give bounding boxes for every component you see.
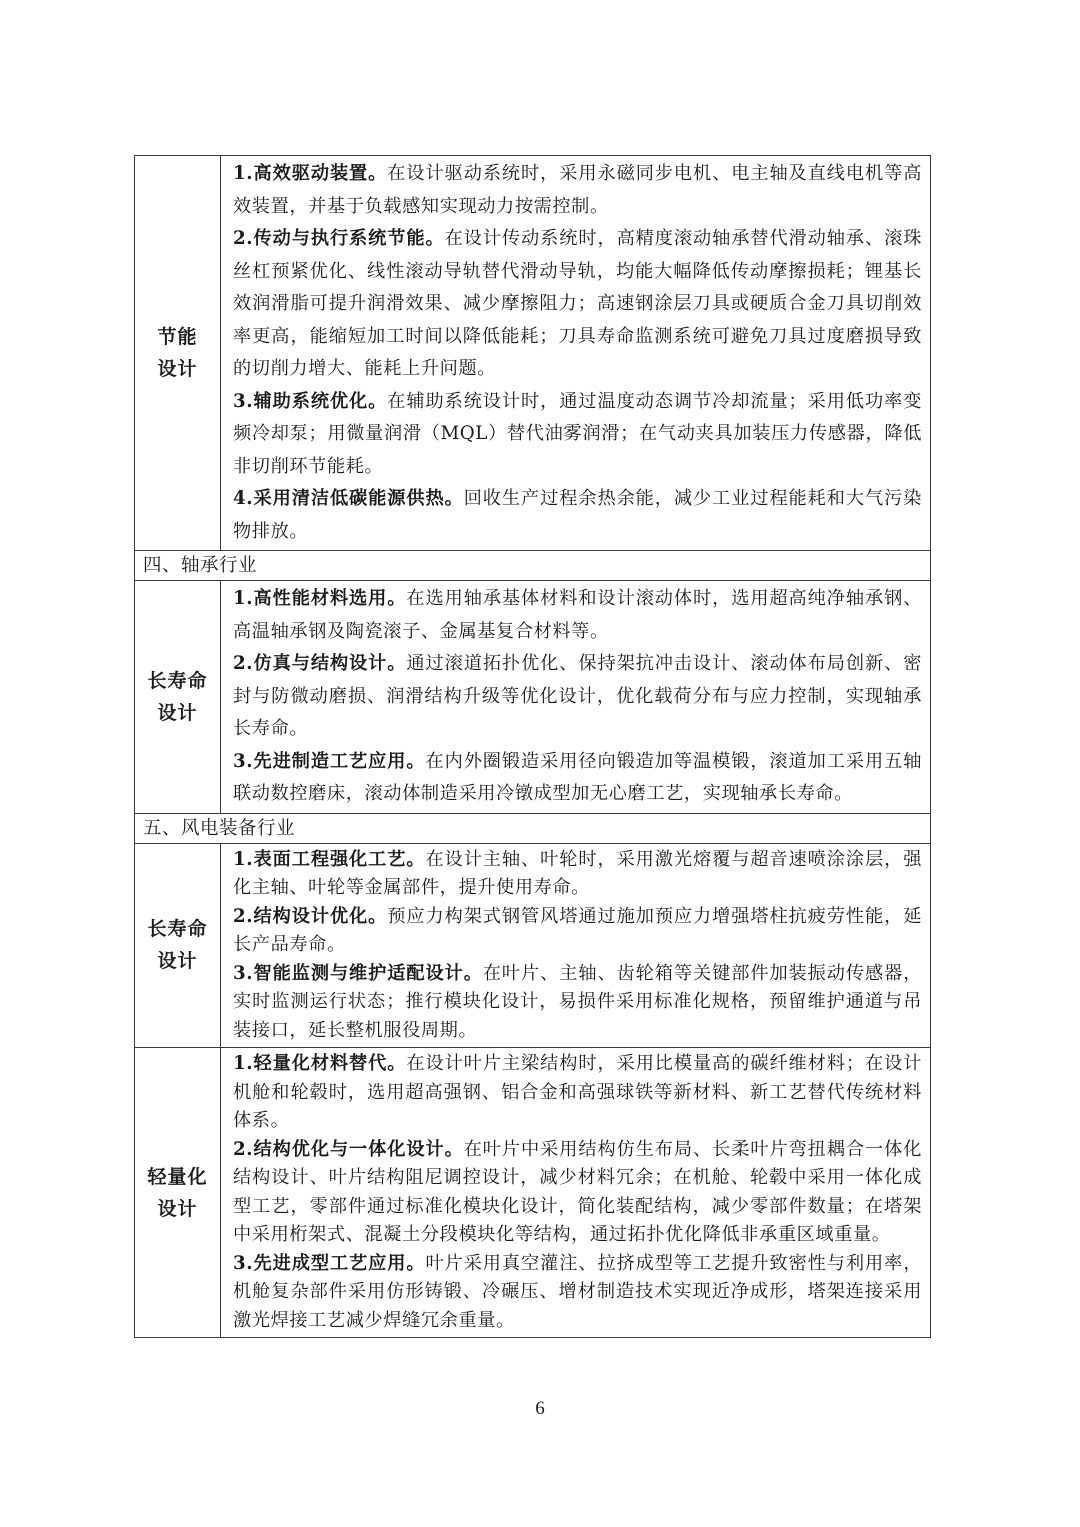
item-title: 3.辅助系统优化。 (233, 391, 387, 412)
item-title: 1.轻量化材料替代。 (233, 1053, 406, 1074)
section-header-row-bearing: 四、轴承行业 (135, 551, 931, 581)
page-number: 6 (0, 1398, 1080, 1420)
list-item: 2.结构优化与一体化设计。在叶片中采用结构仿生布局、长柔叶片弯扭耦合一体化结构设… (233, 1136, 922, 1250)
list-item: 3.智能监测与维护适配设计。在叶片、主轴、齿轮箱等关键部件加装振动传感器，实时监… (233, 960, 922, 1046)
row-label-line: 节能 (135, 321, 220, 353)
list-item: 4.采用清洁低碳能源供热。回收生产过程余热余能，减少工业过程能耗和大气污染物排放… (233, 483, 922, 548)
row-content: 1.高效驱动装置。在设计驱动系统时，采用永磁同步电机、电主轴及直线电机等高效装置… (221, 156, 931, 551)
item-text: 在设计传动系统时，高精度滚动轴承替代滑动轴承、滚珠丝杠预紧优化、线性滚动导轨替代… (233, 228, 922, 379)
item-title: 2.结构设计优化。 (233, 906, 387, 927)
row-label-line: 长寿命 (135, 913, 220, 945)
list-item: 2.传动与执行系统节能。在设计传动系统时，高精度滚动轴承替代滑动轴承、滚珠丝杠预… (233, 223, 922, 386)
list-item: 1.表面工程强化工艺。在设计主轴、叶轮时，采用激光熔覆与超音速喷涂涂层，强化主轴… (233, 846, 922, 903)
table-row-energy-saving-design: 节能 设计 1.高效驱动装置。在设计驱动系统时，采用永磁同步电机、电主轴及直线电… (135, 156, 931, 551)
item-title: 3.先进成型工艺应用。 (233, 1253, 425, 1274)
list-item: 2.仿真与结构设计。通过滚道拓扑优化、保持架抗冲击设计、滚动体布局创新、密封与防… (233, 648, 922, 746)
item-title: 1.表面工程强化工艺。 (233, 849, 425, 870)
item-title: 2.仿真与结构设计。 (233, 653, 406, 674)
list-item: 3.先进成型工艺应用。叶片采用真空灌注、拉挤成型等工艺提升致密性与利用率，机舱复… (233, 1250, 922, 1336)
industry-measures-table: 节能 设计 1.高效驱动装置。在设计驱动系统时，采用永磁同步电机、电主轴及直线电… (134, 155, 931, 1338)
item-title: 2.传动与执行系统节能。 (233, 228, 445, 249)
row-label-line: 设计 (135, 697, 220, 729)
item-title: 3.先进制造工艺应用。 (233, 751, 425, 772)
list-item: 3.辅助系统优化。在辅助系统设计时，通过温度动态调节冷却流量；采用低功率变频冷却… (233, 386, 922, 484)
item-title: 1.高效驱动装置。 (233, 163, 387, 184)
section-title: 四、轴承行业 (135, 551, 931, 581)
table-row-lightweight-design: 轻量化 设计 1.轻量化材料替代。在设计叶片主梁结构时，采用比模量高的碳纤维材料… (135, 1048, 931, 1338)
row-label-line: 设计 (135, 1193, 220, 1225)
section-title: 五、风电装备行业 (135, 813, 931, 843)
row-content: 1.表面工程强化工艺。在设计主轴、叶轮时，采用激光熔覆与超音速喷涂涂层，强化主轴… (221, 843, 931, 1048)
table-row-wind-long-life-design: 长寿命 设计 1.表面工程强化工艺。在设计主轴、叶轮时，采用激光熔覆与超音速喷涂… (135, 843, 931, 1048)
list-item: 1.高效驱动装置。在设计驱动系统时，采用永磁同步电机、电主轴及直线电机等高效装置… (233, 158, 922, 223)
row-label: 节能 设计 (135, 156, 221, 551)
row-label: 长寿命 设计 (135, 843, 221, 1048)
item-title: 2.结构优化与一体化设计。 (233, 1139, 464, 1160)
table-row-bearing-long-life-design: 长寿命 设计 1.高性能材料选用。在选用轴承基体材料和设计滚动体时，选用超高纯净… (135, 581, 931, 814)
row-content: 1.高性能材料选用。在选用轴承基体材料和设计滚动体时，选用超高纯净轴承钢、高温轴… (221, 581, 931, 814)
list-item: 1.高性能材料选用。在选用轴承基体材料和设计滚动体时，选用超高纯净轴承钢、高温轴… (233, 583, 922, 648)
row-label-line: 轻量化 (135, 1161, 220, 1193)
row-content: 1.轻量化材料替代。在设计叶片主梁结构时，采用比模量高的碳纤维材料；在设计机舱和… (221, 1048, 931, 1338)
list-item: 3.先进制造工艺应用。在内外圈锻造采用径向锻造加等温模锻，滚道加工采用五轴联动数… (233, 746, 922, 811)
row-label-line: 设计 (135, 945, 220, 977)
item-title: 4.采用清洁低碳能源供热。 (233, 488, 464, 509)
item-title: 3.智能监测与维护适配设计。 (233, 963, 483, 984)
list-item: 2.结构设计优化。预应力构架式钢管风塔通过施加预应力增强塔柱抗疲劳性能，延长产品… (233, 903, 922, 960)
list-item: 1.轻量化材料替代。在设计叶片主梁结构时，采用比模量高的碳纤维材料；在设计机舱和… (233, 1050, 922, 1136)
row-label: 轻量化 设计 (135, 1048, 221, 1338)
row-label-line: 长寿命 (135, 665, 220, 697)
section-header-row-wind-power: 五、风电装备行业 (135, 813, 931, 843)
item-title: 1.高性能材料选用。 (233, 588, 406, 609)
row-label: 长寿命 设计 (135, 581, 221, 814)
row-label-line: 设计 (135, 353, 220, 385)
